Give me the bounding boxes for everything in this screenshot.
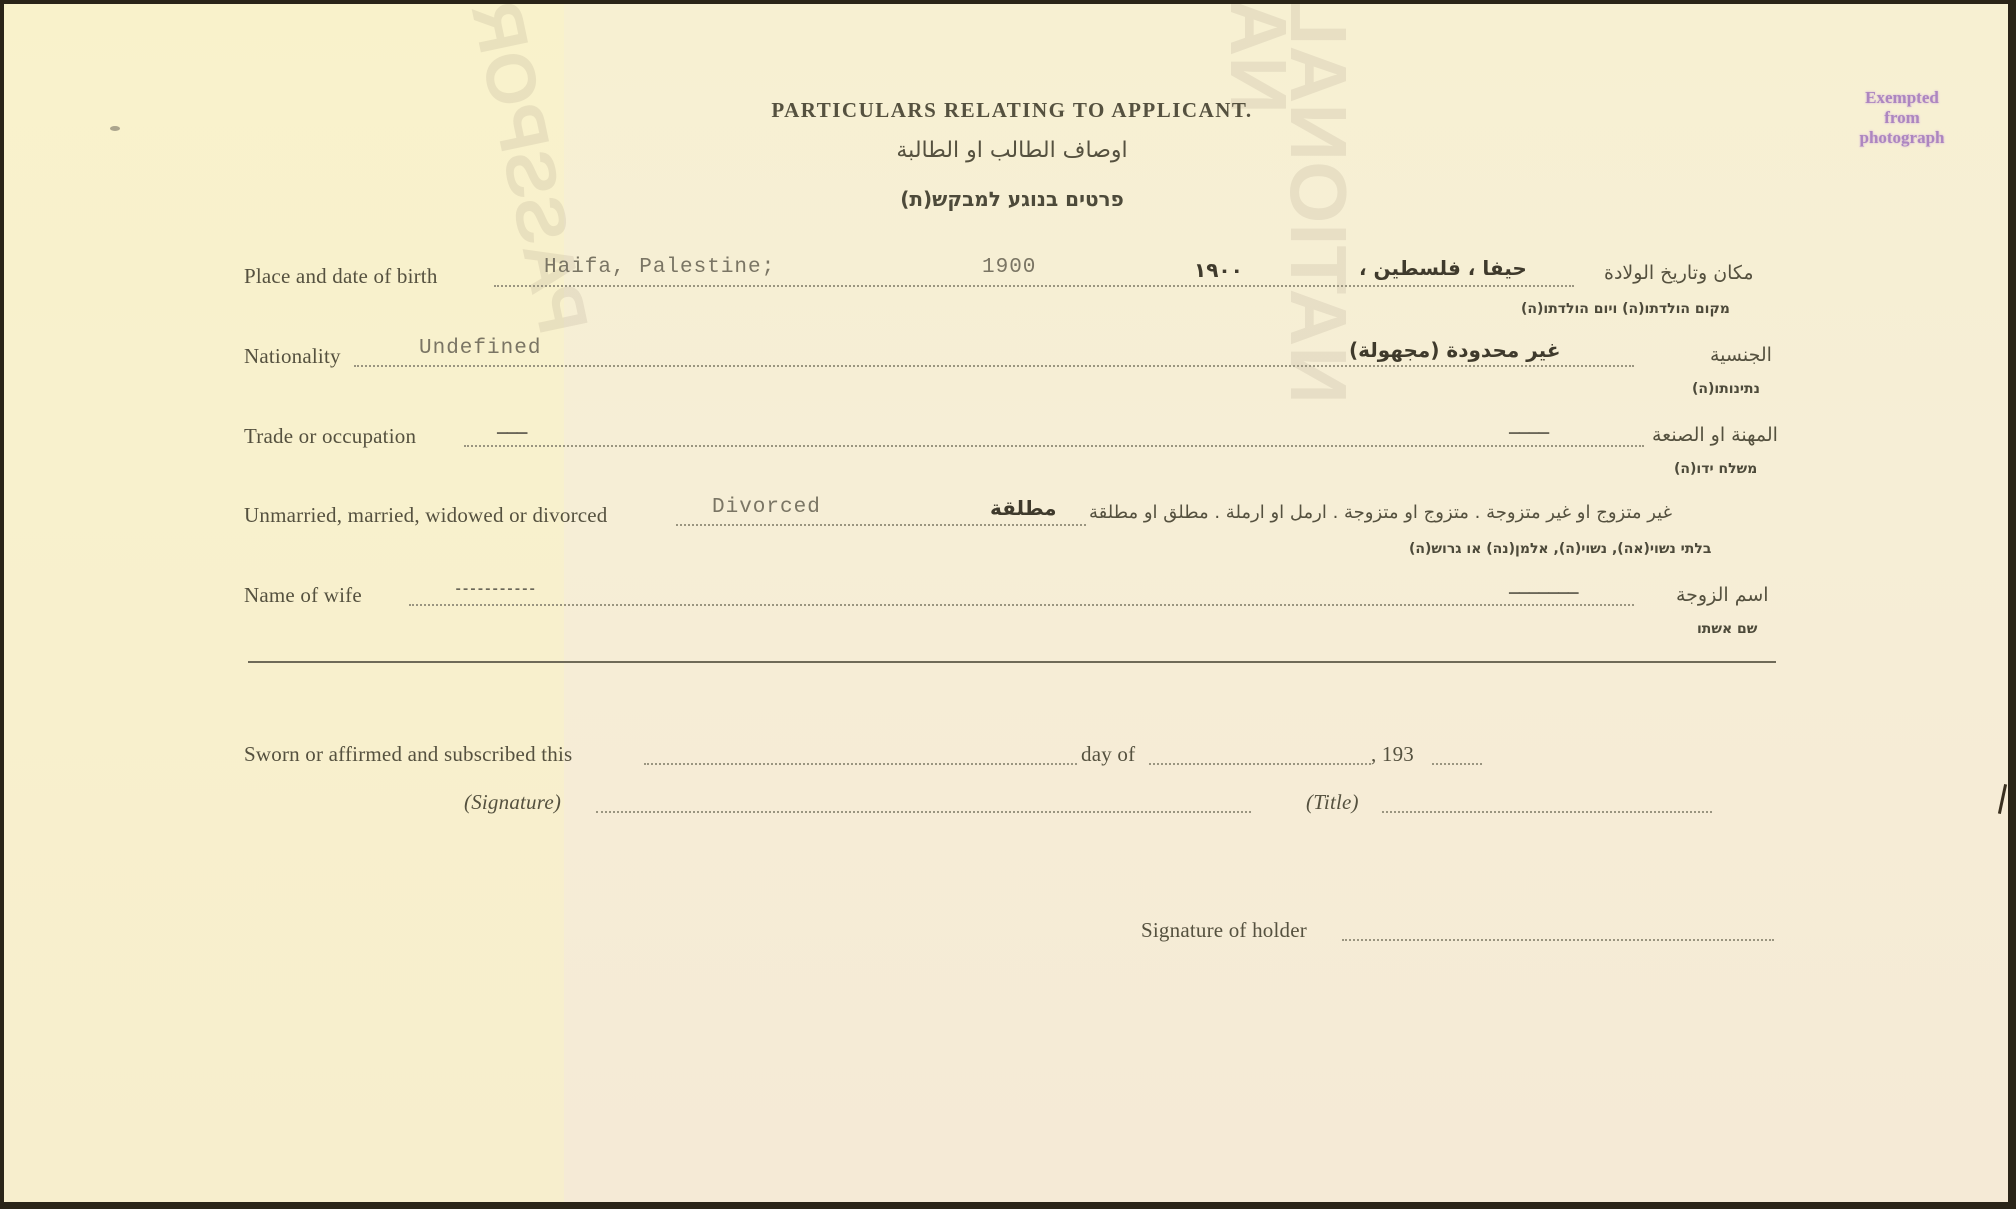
birth-label-en: Place and date of birth (244, 264, 438, 289)
year-prefix: , 193 (1371, 742, 1414, 767)
document-page: PASSPORT NATIONAL NATIONAL PARTICULARS R… (4, 4, 2008, 1202)
birth-label-ar: مكان وتاريخ الولادة (1604, 262, 1754, 284)
wife-name-value-en[interactable]: ----------- (454, 582, 535, 598)
occupation-label-en: Trade or occupation (244, 424, 416, 449)
wife-name-label-en: Name of wife (244, 583, 362, 608)
stamp-line-1: Exempted (1832, 88, 1972, 108)
signature-line[interactable] (596, 811, 1251, 813)
wife-name-dotted-line (409, 604, 1634, 606)
stamp-line-3: photograph (1832, 128, 1972, 148)
nationality-label-he: נתינותו(ה) (1692, 381, 1760, 397)
birth-place-value-en[interactable]: Haifa, Palestine; (544, 256, 775, 279)
marital-label-he: בלתי נשוי(אה), נשוי(ה), אלמן(נה) או גרוש… (1409, 541, 1711, 557)
occupation-label-he: משלח ידו(ה) (1674, 461, 1757, 477)
marital-label-ar: غير متزوج او غير متزوجة . متزوج او متزوج… (1089, 502, 1672, 523)
marital-label-en: Unmarried, married, widowed or divorced (244, 503, 608, 528)
wife-name-label-he: שם אשתו (1697, 621, 1757, 637)
occupation-label-ar: المهنة او الصنعة (1652, 424, 1778, 446)
occupation-value-en[interactable]: ——— (497, 424, 526, 444)
show-through-text: PASSPORT (447, 4, 604, 341)
day-of-label: day of (1081, 742, 1135, 767)
marital-value-en[interactable]: Divorced (712, 496, 821, 519)
section-divider (248, 661, 1776, 663)
month-line[interactable] (1149, 763, 1371, 765)
sworn-day-line[interactable] (644, 763, 1077, 765)
occupation-value-ar[interactable]: ———— (1509, 424, 1548, 444)
exempted-stamp: Exempted from photograph (1832, 88, 1972, 148)
birth-place-value-ar[interactable]: حيفا ، فلسطين ، (1359, 256, 1527, 280)
stamp-line-2: from (1832, 108, 1972, 128)
wife-name-value-ar[interactable]: ——————— (1509, 584, 1578, 604)
birth-year-value-ar[interactable]: ١٩٠٠ (1194, 258, 1243, 282)
form-title-arabic: اوصاف الطالب او الطالبة (4, 138, 2008, 163)
edge-tear-mark (1998, 784, 2007, 814)
wife-name-label-ar: اسم الزوجة (1676, 584, 1769, 606)
sworn-label: Sworn or affirmed and subscribed this (244, 742, 572, 767)
birth-label-he: מקום הולדתו(ה) ויום הולדתו(ה) (1521, 301, 1730, 317)
holder-signature-label: Signature of holder (1141, 918, 1307, 943)
marital-dotted-line (676, 524, 1086, 526)
nationality-label-en: Nationality (244, 344, 341, 369)
title-label: (Title) (1306, 790, 1359, 815)
nationality-value-en[interactable]: Undefined (419, 337, 541, 360)
paper-blemish (110, 126, 120, 131)
nationality-dotted-line (354, 365, 1634, 367)
form-title-hebrew: פרטים בנוגע למבקש(ת) (4, 187, 2008, 211)
holder-signature-line[interactable] (1342, 939, 1774, 941)
birth-year-value-en[interactable]: 1900 (982, 256, 1036, 279)
form-title-english: PARTICULARS RELATING TO APPLICANT. (4, 98, 2008, 123)
year-line[interactable] (1432, 763, 1482, 765)
nationality-value-ar[interactable]: غير محدودة (مجهولة) (1349, 338, 1561, 362)
occupation-dotted-line (464, 445, 1644, 447)
signature-label: (Signature) (464, 790, 561, 815)
marital-value-ar[interactable]: مطلقة (990, 496, 1057, 520)
title-line[interactable] (1382, 811, 1712, 813)
nationality-label-ar: الجنسية (1710, 344, 1772, 366)
birth-dotted-line (494, 285, 1574, 287)
